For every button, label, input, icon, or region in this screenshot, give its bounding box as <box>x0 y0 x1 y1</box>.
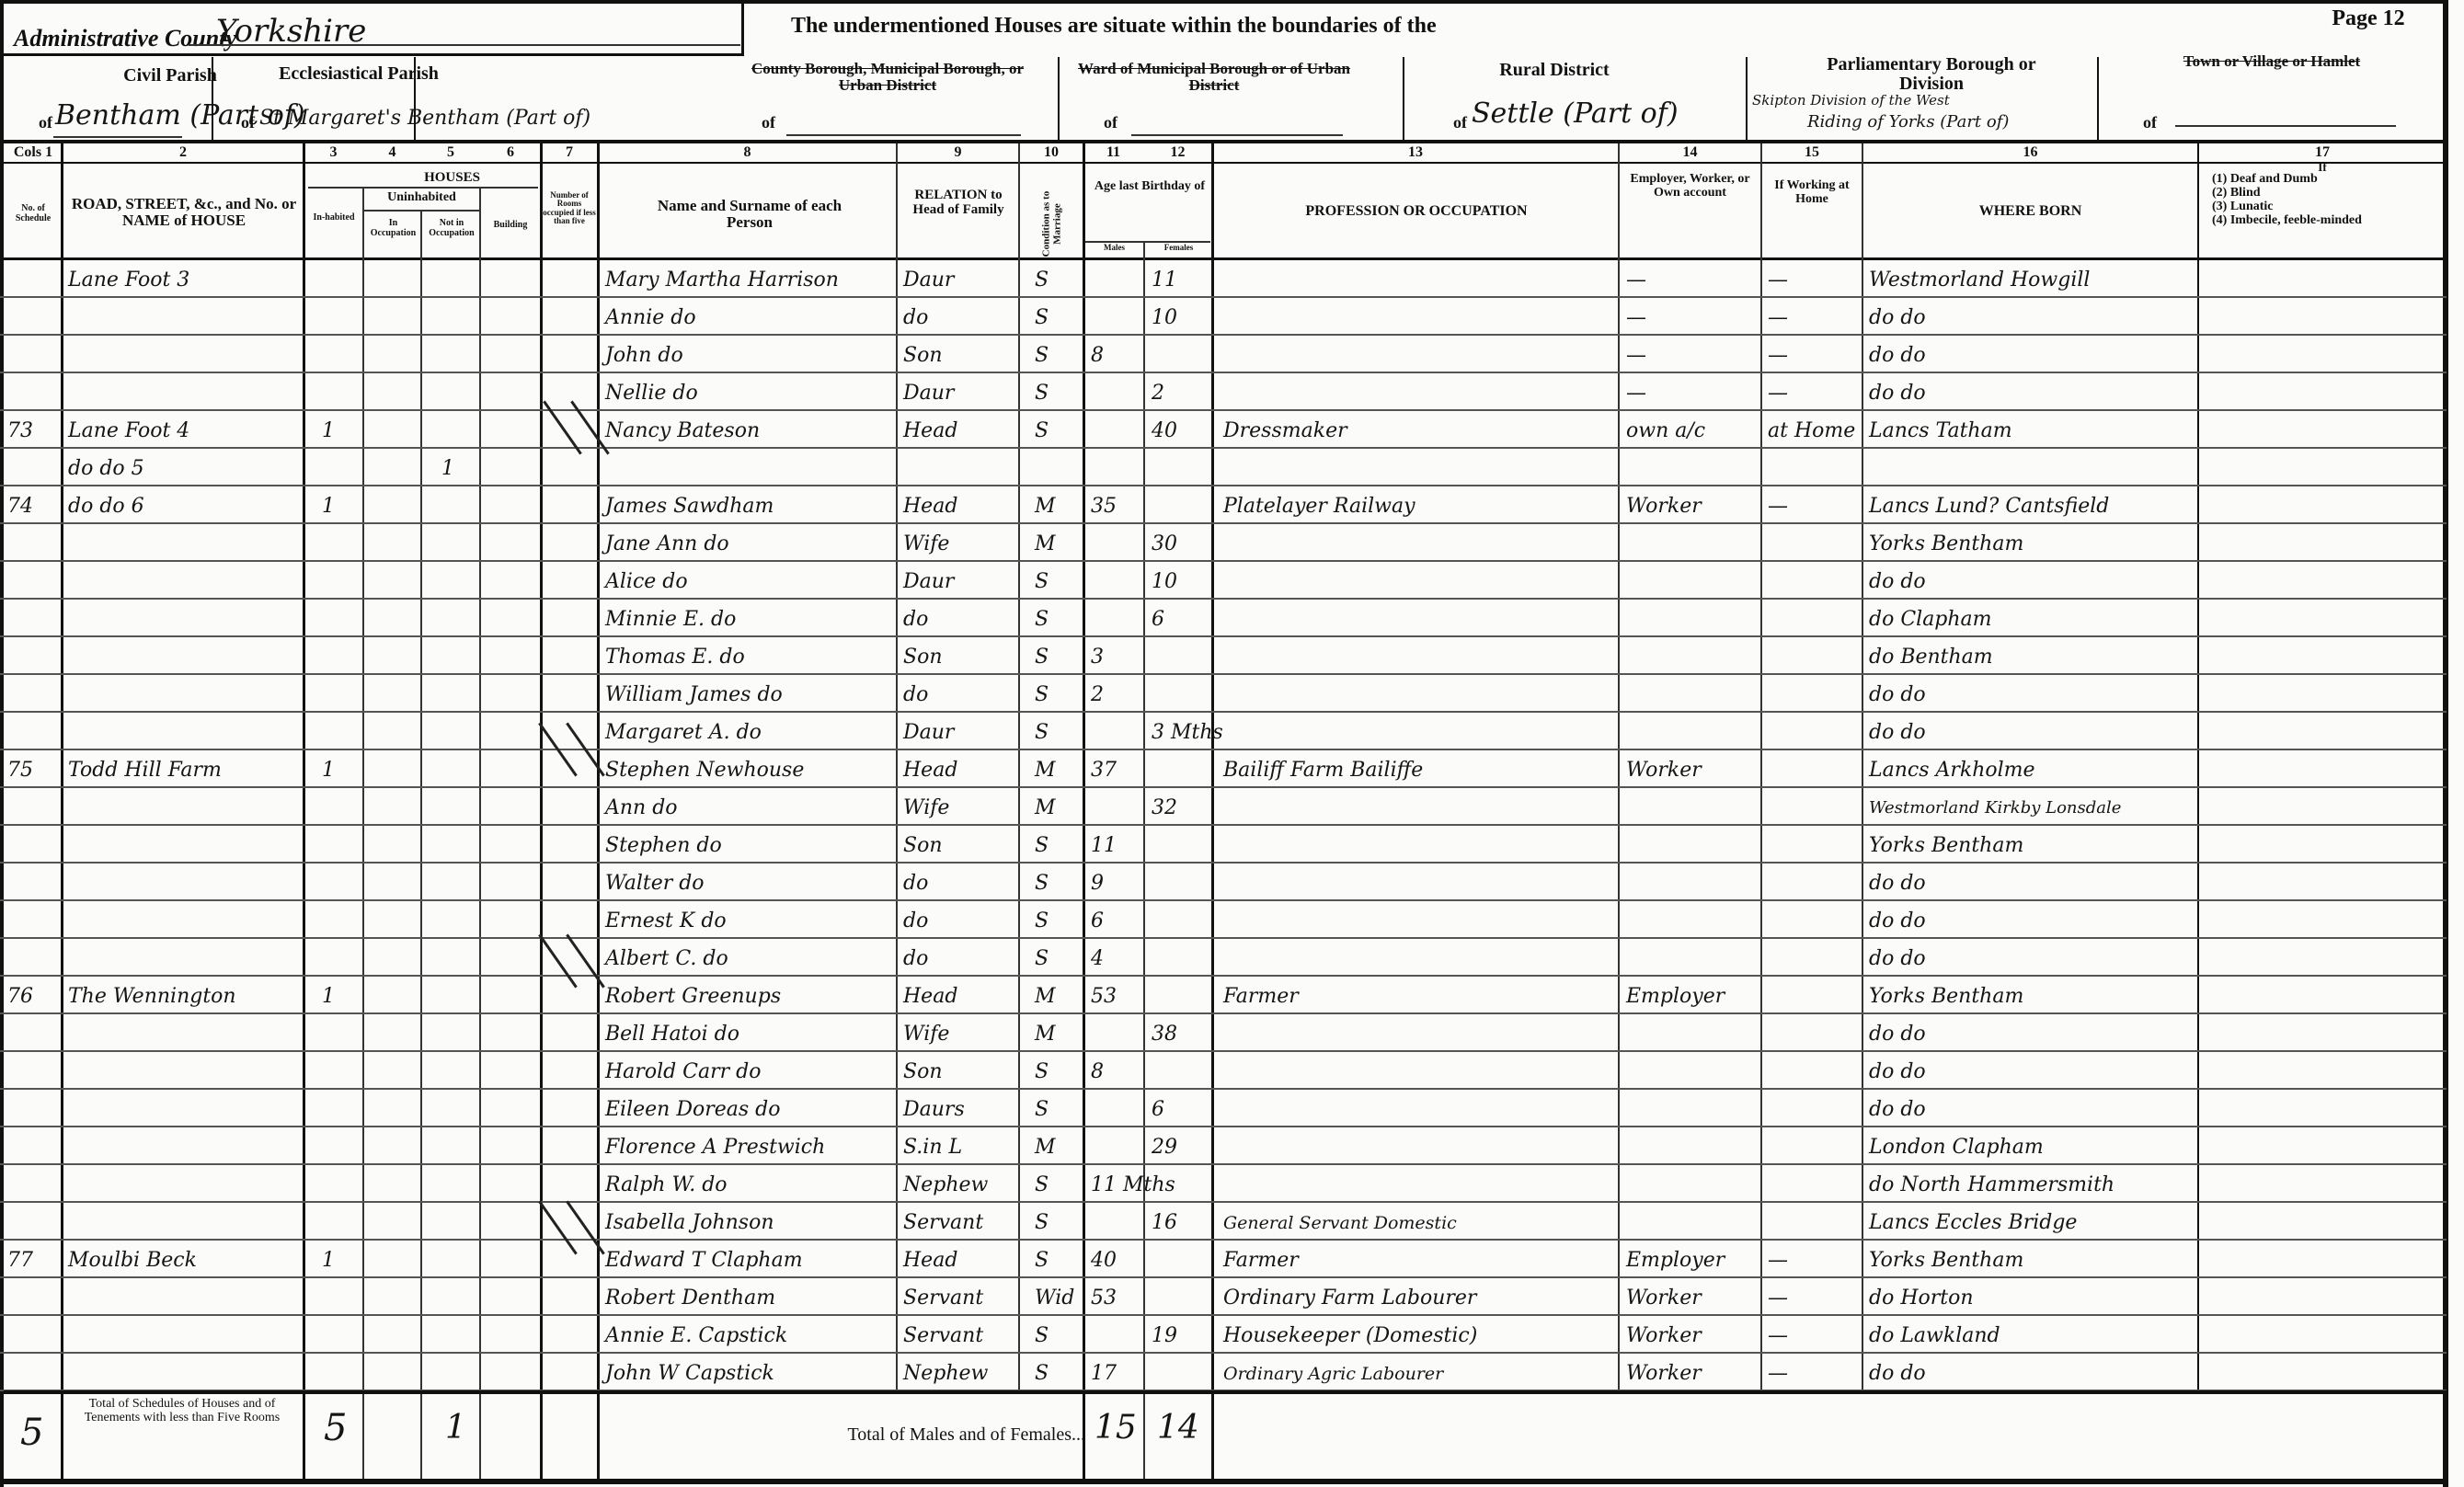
schedule-number <box>7 939 63 977</box>
occupation <box>1223 788 1614 826</box>
schedule-number <box>7 1354 63 1391</box>
county-borough-label: County Borough, Municipal Borough, or Ur… <box>750 61 1026 94</box>
person-name: Margaret A. do <box>605 713 895 750</box>
uninhabited-not-occupation-mark: 1 <box>441 449 478 486</box>
birthplace: do do <box>1869 1052 2195 1090</box>
person-name: Walter do <box>605 864 895 901</box>
road-house-name: do do 5 <box>68 449 298 486</box>
age-male: 9 <box>1091 864 1146 901</box>
working-at-home <box>1768 562 1860 600</box>
infirmity <box>2207 1165 2437 1203</box>
occupation <box>1223 260 1614 298</box>
uninhabited-not-occupation-mark <box>441 675 478 713</box>
occupation <box>1223 826 1614 864</box>
working-at-home <box>1768 939 1860 977</box>
age-male <box>1091 562 1146 600</box>
road-house-name: Lane Foot 3 <box>68 260 298 298</box>
person-name: Jane Ann do <box>605 524 895 562</box>
employment-status <box>1626 788 1759 826</box>
total-uninhabited-not: 1 <box>445 1409 466 1447</box>
header-females: Females <box>1145 244 1212 252</box>
age-male <box>1091 1203 1146 1241</box>
header-schedule: No. of Schedule <box>6 204 61 223</box>
uninhabited-occupation-mark <box>382 675 418 713</box>
person-name: Florence A Prestwich <box>605 1127 895 1165</box>
road-house-name: The Wennington <box>68 977 298 1014</box>
birthplace: Westmorland Kirkby Lonsdale <box>1869 788 2195 826</box>
marital-condition: M <box>1035 524 1081 562</box>
inhabited-mark <box>322 939 359 977</box>
uninhabited-occupation-mark <box>382 449 418 486</box>
schedule-number <box>7 675 63 713</box>
schedule-number <box>7 901 63 939</box>
person-name: Stephen Newhouse <box>605 750 895 788</box>
relation-to-head: Son <box>903 826 1018 864</box>
ward-of: of <box>1104 114 1117 132</box>
birthplace: do North Hammersmith <box>1869 1165 2195 1203</box>
table-row: Annie dodoS10——do do <box>0 298 2447 336</box>
uninhabited-occupation-mark <box>382 1090 418 1127</box>
working-at-home: — <box>1768 260 1860 298</box>
inhabited-mark <box>322 1127 359 1165</box>
age-female: 40 <box>1152 411 1211 449</box>
table-row: Ralph W. doNephewS11 Mthsdo North Hammer… <box>0 1165 2447 1203</box>
marital-condition: S <box>1035 1241 1081 1278</box>
schedule-number <box>7 373 63 411</box>
inhabited-mark <box>322 1090 359 1127</box>
age-female <box>1152 977 1211 1014</box>
uninhabited-not-occupation-mark <box>441 637 478 675</box>
marital-condition: M <box>1035 1014 1081 1052</box>
employment-status <box>1626 1165 1759 1203</box>
person-name: Robert Greenups <box>605 977 895 1014</box>
col-num-8: 8 <box>598 145 897 161</box>
header-relation: RELATION to Head of Family <box>900 189 1017 218</box>
uninhabited-not-occupation-mark <box>441 826 478 864</box>
col-num-14: 14 <box>1619 145 1761 161</box>
working-at-home <box>1768 788 1860 826</box>
relation-to-head: do <box>903 864 1018 901</box>
birthplace: do do <box>1869 939 2195 977</box>
eccl-parish-label: Ecclesiastical Parish <box>248 64 469 84</box>
header-not-in-occupation: Not in Occupation <box>425 219 478 238</box>
working-at-home <box>1768 1090 1860 1127</box>
uninhabited-not-occupation-mark <box>441 864 478 901</box>
inhabited-mark <box>322 260 359 298</box>
uninhabited-occupation-mark <box>382 1127 418 1165</box>
table-row: Minnie E. dodoS6do Clapham <box>0 600 2447 637</box>
table-row: 73Lane Foot 41Nancy BatesonHeadS40Dressm… <box>0 411 2447 449</box>
col-num-6: 6 <box>480 145 541 161</box>
employment-status: — <box>1626 298 1759 336</box>
marital-condition: Wid <box>1035 1278 1081 1316</box>
uninhabited-occupation-mark <box>382 864 418 901</box>
road-house-name <box>68 939 298 977</box>
table-row: 75Todd Hill Farm1Stephen NewhouseHeadM37… <box>0 750 2447 788</box>
marital-condition: S <box>1035 1052 1081 1090</box>
inhabited-mark <box>322 1052 359 1090</box>
table-row: Harold Carr doSonS8do do <box>0 1052 2447 1090</box>
rural-district-value: Settle (Part of) <box>1472 97 1679 130</box>
employment-status <box>1626 449 1759 486</box>
schedule-number <box>7 600 63 637</box>
header-building: Building <box>482 221 539 231</box>
inhabited-mark <box>322 600 359 637</box>
infirmity <box>2207 1014 2437 1052</box>
infirmity <box>2207 336 2437 373</box>
infirmity <box>2207 1090 2437 1127</box>
infirmity <box>2207 298 2437 336</box>
inhabited-mark <box>322 1316 359 1354</box>
relation-to-head: S.in L <box>903 1127 1018 1165</box>
road-house-name: Moulbi Beck <box>68 1241 298 1278</box>
age-male <box>1091 373 1146 411</box>
birthplace: London Clapham <box>1869 1127 2195 1165</box>
age-male: 11 <box>1091 826 1146 864</box>
age-male: 53 <box>1091 1278 1146 1316</box>
relation-to-head: Son <box>903 336 1018 373</box>
employment-status <box>1626 1090 1759 1127</box>
admin-county-label: Administrative County <box>14 26 236 51</box>
marital-condition: M <box>1035 486 1081 524</box>
person-name: Mary Martha Harrison <box>605 260 895 298</box>
marital-condition: S <box>1035 1354 1081 1391</box>
header-infirmity-2: (2) Blind <box>2212 187 2261 200</box>
header-condition: Condition as to Marriage <box>1041 184 1062 265</box>
marital-condition <box>1035 449 1081 486</box>
inhabited-mark <box>322 1203 359 1241</box>
working-at-home <box>1768 1203 1860 1241</box>
schedule-number <box>7 826 63 864</box>
employment-status: Worker <box>1626 1316 1759 1354</box>
infirmity <box>2207 939 2437 977</box>
working-at-home <box>1768 600 1860 637</box>
relation-to-head: Servant <box>903 1278 1018 1316</box>
schedule-number <box>7 788 63 826</box>
table-row: Stephen doSonS11Yorks Bentham <box>0 826 2447 864</box>
schedule-number: 73 <box>7 411 63 449</box>
employment-status: Employer <box>1626 1241 1759 1278</box>
age-female <box>1152 939 1211 977</box>
infirmity <box>2207 1316 2437 1354</box>
age-female: 30 <box>1152 524 1211 562</box>
birthplace: do Bentham <box>1869 637 2195 675</box>
working-at-home <box>1768 637 1860 675</box>
birthplace: Lancs Tatham <box>1869 411 2195 449</box>
uninhabited-not-occupation-mark <box>441 788 478 826</box>
relation-to-head: Nephew <box>903 1354 1018 1391</box>
age-male: 4 <box>1091 939 1146 977</box>
occupation: Platelayer Railway <box>1223 486 1614 524</box>
birthplace: do Lawkland <box>1869 1316 2195 1354</box>
inhabited-mark <box>322 637 359 675</box>
inhabited-mark <box>322 901 359 939</box>
header-infirmity-3: (3) Lunatic <box>2212 200 2274 214</box>
inhabited-mark <box>322 1014 359 1052</box>
table-row: Nellie doDaurS2——do do <box>0 373 2447 411</box>
table-row: Eileen Doreas doDaursS6do do <box>0 1090 2447 1127</box>
working-at-home <box>1768 977 1860 1014</box>
uninhabited-occupation-mark <box>382 411 418 449</box>
occupation <box>1223 1165 1614 1203</box>
age-male: 37 <box>1091 750 1146 788</box>
header-occupation: PROFESSION OR OCCUPATION <box>1223 204 1610 220</box>
relation-to-head: Servant <box>903 1203 1018 1241</box>
person-name: Annie E. Capstick <box>605 1316 895 1354</box>
relation-to-head: Nephew <box>903 1165 1018 1203</box>
table-row: 77Moulbi Beck1Edward T ClaphamHeadS40Far… <box>0 1241 2447 1278</box>
header-infirmity-4: (4) Imbecile, feeble-minded <box>2212 214 2433 228</box>
person-name: Bell Hatoi do <box>605 1014 895 1052</box>
uninhabited-not-occupation-mark <box>441 1278 478 1316</box>
person-name: John W Capstick <box>605 1354 895 1391</box>
table-row: Isabella JohnsonServantS16General Servan… <box>0 1203 2447 1241</box>
uninhabited-not-occupation-mark <box>441 1052 478 1090</box>
uninhabited-not-occupation-mark <box>441 1354 478 1391</box>
table-row: 74do do 61James SawdhamHeadM35Platelayer… <box>0 486 2447 524</box>
age-male <box>1091 524 1146 562</box>
age-female <box>1152 1165 1211 1203</box>
infirmity <box>2207 901 2437 939</box>
table-row: Alice doDaurS10do do <box>0 562 2447 600</box>
birthplace: Yorks Bentham <box>1869 826 2195 864</box>
marital-condition: S <box>1035 336 1081 373</box>
age-male: 3 <box>1091 637 1146 675</box>
employment-status: own a/c <box>1626 411 1759 449</box>
working-at-home <box>1768 675 1860 713</box>
occupation <box>1223 1052 1614 1090</box>
occupation <box>1223 298 1614 336</box>
working-at-home <box>1768 864 1860 901</box>
person-name: Thomas E. do <box>605 637 895 675</box>
age-male: 53 <box>1091 977 1146 1014</box>
employment-status <box>1626 864 1759 901</box>
person-name: Albert C. do <box>605 939 895 977</box>
total-schedules-count: 5 <box>20 1412 43 1454</box>
age-male: 8 <box>1091 1052 1146 1090</box>
infirmity <box>2207 1241 2437 1278</box>
schedule-number <box>7 1052 63 1090</box>
working-at-home <box>1768 750 1860 788</box>
inhabited-mark <box>322 1278 359 1316</box>
road-house-name <box>68 864 298 901</box>
inhabited-mark: 1 <box>322 750 359 788</box>
employment-status <box>1626 600 1759 637</box>
marital-condition: M <box>1035 788 1081 826</box>
road-house-name <box>68 524 298 562</box>
occupation: Dressmaker <box>1223 411 1614 449</box>
relation-to-head: Head <box>903 977 1018 1014</box>
employment-status <box>1626 1014 1759 1052</box>
table-row: Ernest K dodoS6do do <box>0 901 2447 939</box>
road-house-name <box>68 562 298 600</box>
birthplace: do do <box>1869 1354 2195 1391</box>
infirmity <box>2207 449 2437 486</box>
person-name: Robert Dentham <box>605 1278 895 1316</box>
uninhabited-not-occupation-mark <box>441 713 478 750</box>
relation-to-head: Daur <box>903 562 1018 600</box>
col-num-3: 3 <box>304 145 363 161</box>
occupation: Farmer <box>1223 1241 1614 1278</box>
age-male <box>1091 298 1146 336</box>
col-num-17: 17 <box>2198 145 2447 161</box>
employment-status: Employer <box>1626 977 1759 1014</box>
inhabited-mark <box>322 788 359 826</box>
infirmity <box>2207 675 2437 713</box>
header-age: Age last Birthday of <box>1090 180 1209 194</box>
birthplace: Yorks Bentham <box>1869 1241 2195 1278</box>
age-female: 10 <box>1152 298 1211 336</box>
inhabited-mark <box>322 562 359 600</box>
road-house-name: Lane Foot 4 <box>68 411 298 449</box>
marital-condition: M <box>1035 750 1081 788</box>
marital-condition: S <box>1035 1165 1081 1203</box>
occupation <box>1223 901 1614 939</box>
col-num-12: 12 <box>1143 145 1212 161</box>
uninhabited-not-occupation-mark <box>441 600 478 637</box>
uninhabited-occupation-mark <box>382 373 418 411</box>
road-house-name <box>68 1354 298 1391</box>
uninhabited-occupation-mark <box>382 750 418 788</box>
age-female <box>1152 826 1211 864</box>
employment-status <box>1626 901 1759 939</box>
employment-status <box>1626 562 1759 600</box>
schedule-number <box>7 864 63 901</box>
town-label: Town or Village or Hamlet <box>2134 53 2410 70</box>
working-at-home <box>1768 713 1860 750</box>
age-female <box>1152 486 1211 524</box>
working-at-home: — <box>1768 1241 1860 1278</box>
occupation <box>1223 939 1614 977</box>
header-in-occupation: In Occupation <box>368 219 418 238</box>
occupation <box>1223 1014 1614 1052</box>
marital-condition: S <box>1035 1090 1081 1127</box>
age-female: 6 <box>1152 600 1211 637</box>
road-house-name <box>68 336 298 373</box>
working-at-home: — <box>1768 298 1860 336</box>
age-female <box>1152 750 1211 788</box>
uninhabited-not-occupation-mark <box>441 524 478 562</box>
table-row: John doSonS8——do do <box>0 336 2447 373</box>
age-male <box>1091 788 1146 826</box>
schedule-number <box>7 1278 63 1316</box>
infirmity <box>2207 600 2437 637</box>
road-house-name <box>68 901 298 939</box>
uninhabited-occupation-mark <box>382 486 418 524</box>
relation-to-head: Daur <box>903 713 1018 750</box>
age-male <box>1091 1316 1146 1354</box>
schedule-number <box>7 637 63 675</box>
uninhabited-occupation-mark <box>382 826 418 864</box>
occupation <box>1223 449 1614 486</box>
total-males: 15 <box>1094 1409 1137 1447</box>
marital-condition: S <box>1035 675 1081 713</box>
uninhabited-occupation-mark <box>382 260 418 298</box>
working-at-home: — <box>1768 1278 1860 1316</box>
working-at-home: — <box>1768 373 1860 411</box>
total-inhabited: 5 <box>324 1407 347 1449</box>
employment-status <box>1626 675 1759 713</box>
birthplace: do Horton <box>1869 1278 2195 1316</box>
age-male: 8 <box>1091 336 1146 373</box>
total-schedules-label: Total of Schedules of Houses and of Tene… <box>72 1398 292 1424</box>
parliamentary-value-2: Riding of Yorks (Part of) <box>1807 112 2009 132</box>
table-row: Margaret A. doDaurS3 Mthsdo do <box>0 713 2447 750</box>
relation-to-head: do <box>903 600 1018 637</box>
table-row: Lane Foot 3Mary Martha HarrisonDaurS11——… <box>0 260 2447 298</box>
age-male: 35 <box>1091 486 1146 524</box>
road-house-name <box>68 675 298 713</box>
age-male <box>1091 449 1146 486</box>
employment-status: Worker <box>1626 1278 1759 1316</box>
employment-status: Worker <box>1626 486 1759 524</box>
person-name: Minnie E. do <box>605 600 895 637</box>
relation-to-head: Wife <box>903 788 1018 826</box>
table-row: do do 51 <box>0 449 2447 486</box>
working-at-home <box>1768 901 1860 939</box>
uninhabited-not-occupation-mark <box>441 901 478 939</box>
uninhabited-not-occupation-mark <box>441 373 478 411</box>
age-male: 40 <box>1091 1241 1146 1278</box>
inhabited-mark <box>322 864 359 901</box>
age-female: 6 <box>1152 1090 1211 1127</box>
occupation <box>1223 675 1614 713</box>
birthplace: do Clapham <box>1869 600 2195 637</box>
infirmity <box>2207 788 2437 826</box>
uninhabited-not-occupation-mark <box>441 1014 478 1052</box>
uninhabited-not-occupation-mark <box>441 336 478 373</box>
infirmity <box>2207 1203 2437 1241</box>
table-row: Jane Ann doWifeM30Yorks Bentham <box>0 524 2447 562</box>
inhabited-mark <box>322 1354 359 1391</box>
age-female: 29 <box>1152 1127 1211 1165</box>
age-male: 6 <box>1091 901 1146 939</box>
uninhabited-occupation-mark <box>382 336 418 373</box>
uninhabited-not-occupation-mark <box>441 977 478 1014</box>
uninhabited-occupation-mark <box>382 713 418 750</box>
header-houses: HOUSES <box>363 171 541 186</box>
infirmity <box>2207 486 2437 524</box>
table-row: Ann doWifeM32Westmorland Kirkby Lonsdale <box>0 788 2447 826</box>
table-row: Albert C. dodoS4do do <box>0 939 2447 977</box>
uninhabited-not-occupation-mark <box>441 1127 478 1165</box>
uninhabited-not-occupation-mark <box>441 1241 478 1278</box>
county-borough-of: of <box>762 114 775 132</box>
table-row: Bell Hatoi doWifeM38do do <box>0 1014 2447 1052</box>
uninhabited-occupation-mark <box>382 600 418 637</box>
col-num-16: 16 <box>1862 145 2198 161</box>
header-road: ROAD, STREET, &c., and No. or NAME of HO… <box>66 196 302 229</box>
col-num-1: Cols 1 <box>4 145 63 161</box>
schedule-number: 75 <box>7 750 63 788</box>
road-house-name <box>68 1278 298 1316</box>
header-inhabited: In-habited <box>306 213 361 223</box>
birthplace: do do <box>1869 901 2195 939</box>
col-num-13: 13 <box>1212 145 1619 161</box>
relation-to-head: Daur <box>903 373 1018 411</box>
schedule-number <box>7 1090 63 1127</box>
person-name: Ralph W. do <box>605 1165 895 1203</box>
header-uninhabited: Uninhabited <box>363 191 480 205</box>
occupation <box>1223 1127 1614 1165</box>
occupation <box>1223 562 1614 600</box>
birthplace <box>1869 449 2195 486</box>
uninhabited-occupation-mark <box>382 524 418 562</box>
relation-to-head: Head <box>903 750 1018 788</box>
road-house-name <box>68 1165 298 1203</box>
employment-status <box>1626 939 1759 977</box>
birthplace: do do <box>1869 336 2195 373</box>
